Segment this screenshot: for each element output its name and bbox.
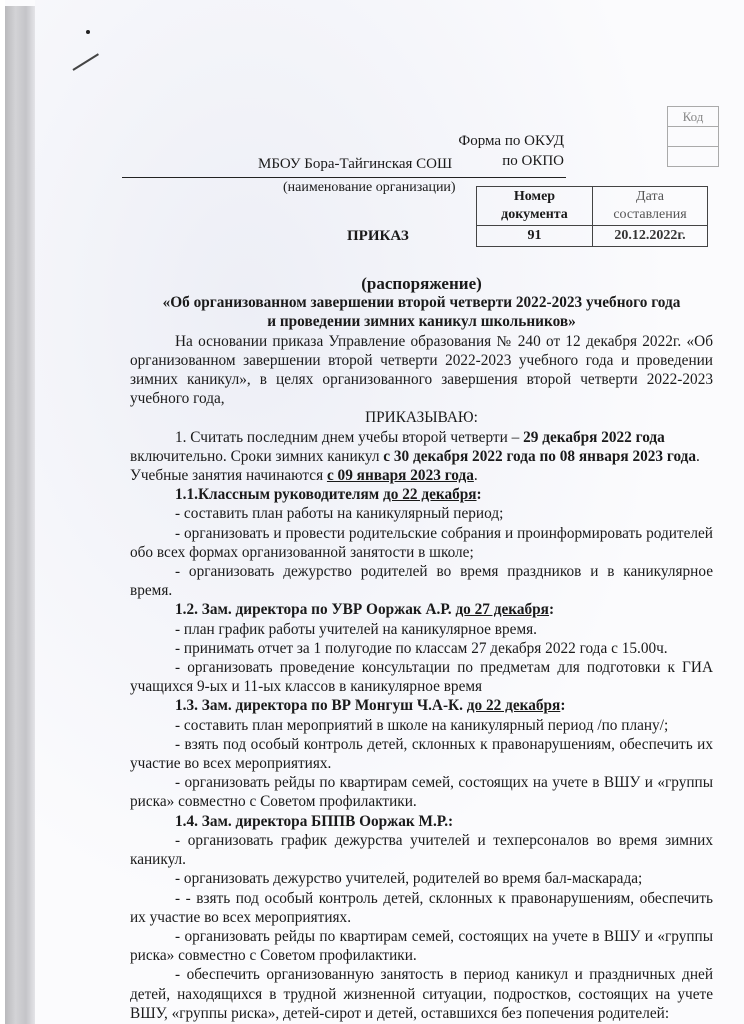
task: - обеспечить организованную занятость в …	[130, 965, 713, 1023]
doc-number-header: Номер документа	[477, 187, 593, 226]
document-info-table: Номер документа Дата составления 91 20.1…	[476, 186, 708, 247]
order-word: ПРИКАЗЫВАЮ:	[130, 408, 713, 427]
section-1-1-heading: 1.1.Классным руководителям до 22 декабря…	[130, 485, 713, 504]
section-1-2-colon: :	[549, 601, 554, 618]
section-1-2-title: 1.2. Зам. директора по УВР Ооржак А.Р.	[175, 601, 455, 618]
classes-resume-date: с 09 января 2023 года	[327, 467, 474, 484]
task: - организовать график дежурства учителей…	[130, 831, 713, 869]
okpo-label: по ОКПО	[502, 153, 564, 170]
organization-caption: (наименование организации)	[283, 180, 456, 196]
okud-label: Форма по ОКУД	[458, 133, 564, 150]
task: - организовать проведение консультации п…	[130, 658, 713, 696]
item-1-text: включительно. Сроки зимних каникул	[130, 448, 383, 465]
section-1-3-title: 1.3. Зам. директора по ВР Монгуш Ч.А-К.	[175, 697, 467, 714]
task: - составить план работы на каникулярный …	[130, 504, 713, 523]
ink-stroke-mark	[72, 53, 99, 71]
document-subtitle: (распоряжение)	[130, 274, 713, 293]
task: - принимать отчет за 1 полугодие по клас…	[130, 639, 713, 658]
doc-date-value: 20.12.2022г.	[593, 226, 708, 247]
doc-date-header: Дата составления	[593, 187, 708, 226]
item-1-text: 1. Считать последним днем учебы второй ч…	[175, 429, 523, 446]
task: - - взять под особый контроль детей, скл…	[130, 889, 713, 927]
document-title-line1: «Об организованном завершении второй чет…	[130, 293, 713, 312]
organization-underline	[122, 177, 566, 178]
document-title-line2: и проведении зимних каникул школьников»	[130, 312, 713, 331]
section-1-1-title: 1.1.Классным руководителям	[175, 486, 383, 503]
code-header: Код	[668, 107, 719, 127]
section-1-1-colon: :	[477, 486, 482, 503]
okpo-value	[668, 147, 719, 167]
doc-number-header-line1: Номер	[514, 189, 555, 204]
section-1-3-heading: 1.3. Зам. директора по ВР Монгуш Ч.А-К. …	[130, 696, 713, 715]
last-school-day: 29 декабря 2022 года	[523, 429, 665, 446]
document-body: (распоряжение) «Об организованном заверш…	[130, 272, 713, 1023]
organization-name: МБОУ Бора-Тайгинская СОШ	[258, 156, 452, 173]
task: - взять под особый контроль детей, склон…	[130, 735, 713, 773]
task: - организовать дежурство родителей во вр…	[130, 562, 713, 600]
scanner-shadow-strip	[5, 6, 35, 1024]
task: - составить план мероприятий в школе на …	[130, 716, 713, 735]
task: - организовать рейды по квартирам семей,…	[130, 927, 713, 965]
section-1-2-heading: 1.2. Зам. директора по УВР Ооржак А.Р. д…	[130, 600, 713, 619]
okud-value	[668, 127, 719, 147]
doc-date-header-line2: составления	[613, 207, 686, 222]
task: - организовать рейды по квартирам семей,…	[130, 773, 713, 811]
section-1-4-heading: 1.4. Зам. директора БППВ Ооржак М.Р.:	[130, 812, 713, 831]
task: - план график работы учителей на каникул…	[130, 620, 713, 639]
section-1-1-deadline: до 22 декабря	[383, 486, 477, 503]
code-table: Код	[667, 106, 719, 167]
doc-number-header-line2: документа	[501, 207, 568, 222]
document-type: ПРИКАЗ	[347, 228, 409, 245]
preamble: На основании приказа Управление образова…	[130, 332, 713, 409]
section-1-2-deadline: до 27 декабря	[455, 601, 549, 618]
section-1-3-colon: :	[560, 697, 565, 714]
ink-dot-mark	[86, 30, 90, 34]
item-1-text: .	[474, 467, 478, 484]
task: - организовать дежурство учителей, родит…	[130, 869, 713, 888]
doc-date-header-line1: Дата	[636, 189, 664, 204]
holiday-period: с 30 декабря 2022 года по 08 января 2023…	[383, 448, 696, 465]
item-1: 1. Считать последним днем учебы второй ч…	[130, 428, 713, 486]
task: - организовать и провести родительские с…	[130, 524, 713, 562]
doc-number-value: 91	[477, 226, 593, 247]
section-1-3-deadline: до 22 декабря	[467, 697, 561, 714]
